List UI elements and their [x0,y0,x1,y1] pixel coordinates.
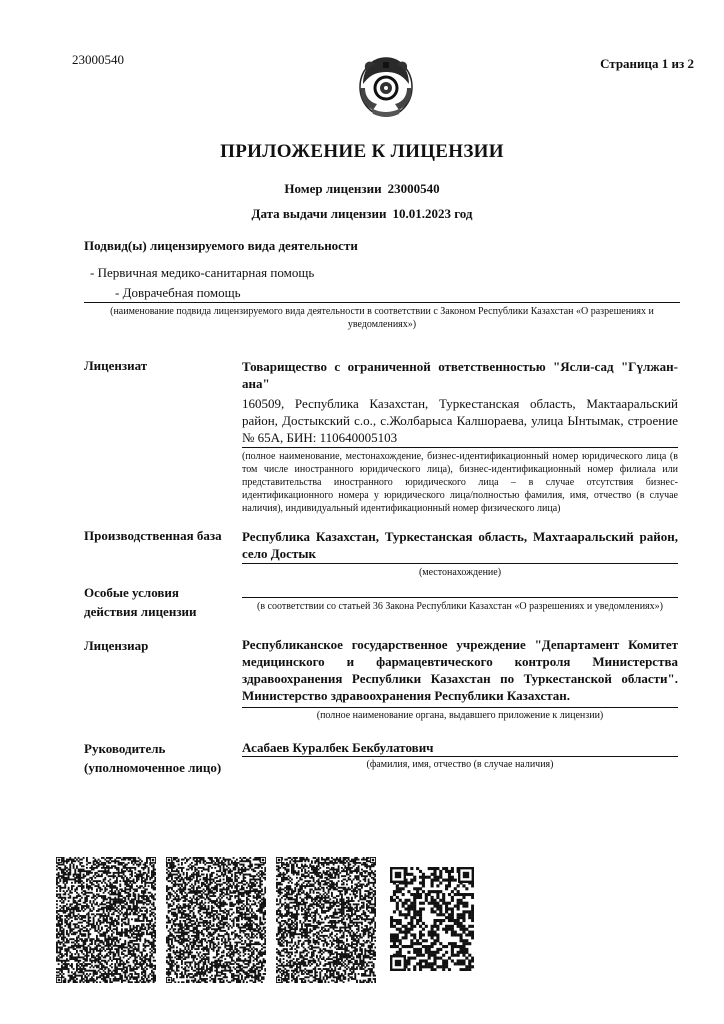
special-conditions-label-line1: Особые условия [84,583,197,602]
license-number-label: Номер лицензии [284,181,381,196]
licensee-address: 160509, Республика Казахстан, Туркестанс… [242,395,678,446]
licensee-label: Лицензиат [84,356,147,375]
signature-code-2 [166,857,266,983]
subtype-item: - Доврачебная помощь [115,285,241,301]
production-base-label: Производственная база [84,526,222,545]
head-caption: (фамилия, имя, отчество (в случае наличи… [242,758,678,771]
page-indicator: Страница 1 из 2 [600,56,694,72]
page-title: ПРИЛОЖЕНИЕ К ЛИЦЕНЗИИ [0,141,724,163]
head-label-line2: (уполномоченное лицо) [84,758,221,777]
licensor-label: Лицензиар [84,636,148,655]
divider [242,563,678,564]
kazakhstan-state-emblem-icon [357,54,415,120]
subtype-item: - Первичная медико-санитарная помощь [90,265,314,281]
head-value: Асабаев Куралбек Бекбулатович [242,739,678,756]
subtypes-heading: Подвид(ы) лицензируемого вида деятельнос… [84,238,358,254]
license-date-row: Дата выдачи лицензии10.01.2023 год [0,206,724,222]
special-conditions-caption: (в соответствии со статьей 36 Закона Рес… [242,600,678,613]
production-base-caption: (местонахождение) [242,566,678,579]
subtypes-caption: (наименование подвида лицензируемого вид… [84,305,680,331]
license-number-value: 23000540 [388,181,440,196]
divider [242,447,678,448]
head-label: Руководитель (уполномоченное лицо) [84,739,221,777]
signature-code-1 [56,857,156,983]
licensor-value: Республиканское государственное учрежден… [242,636,678,704]
divider [84,302,680,303]
licensee-caption: (полное наименование, местонахождение, б… [242,450,678,515]
divider [242,707,678,708]
signature-code-3 [276,857,376,983]
licensor-caption: (полное наименование органа, выдавшего п… [242,709,678,722]
special-conditions-label-line2: действия лицензии [84,602,197,621]
divider [242,597,678,598]
verification-qr-code [390,867,474,971]
document-number: 23000540 [72,52,124,68]
license-date-value: 10.01.2023 год [392,206,472,221]
special-conditions-label: Особые условия действия лицензии [84,583,197,621]
license-number-row: Номер лицензии23000540 [0,181,724,197]
production-base-value: Республика Казахстан, Туркестанская обла… [242,528,678,562]
license-date-label: Дата выдачи лицензии [252,206,387,221]
licensee-name: Товарищество с ограниченной ответственно… [242,358,678,392]
head-label-line1: Руководитель [84,739,221,758]
divider [242,756,678,757]
